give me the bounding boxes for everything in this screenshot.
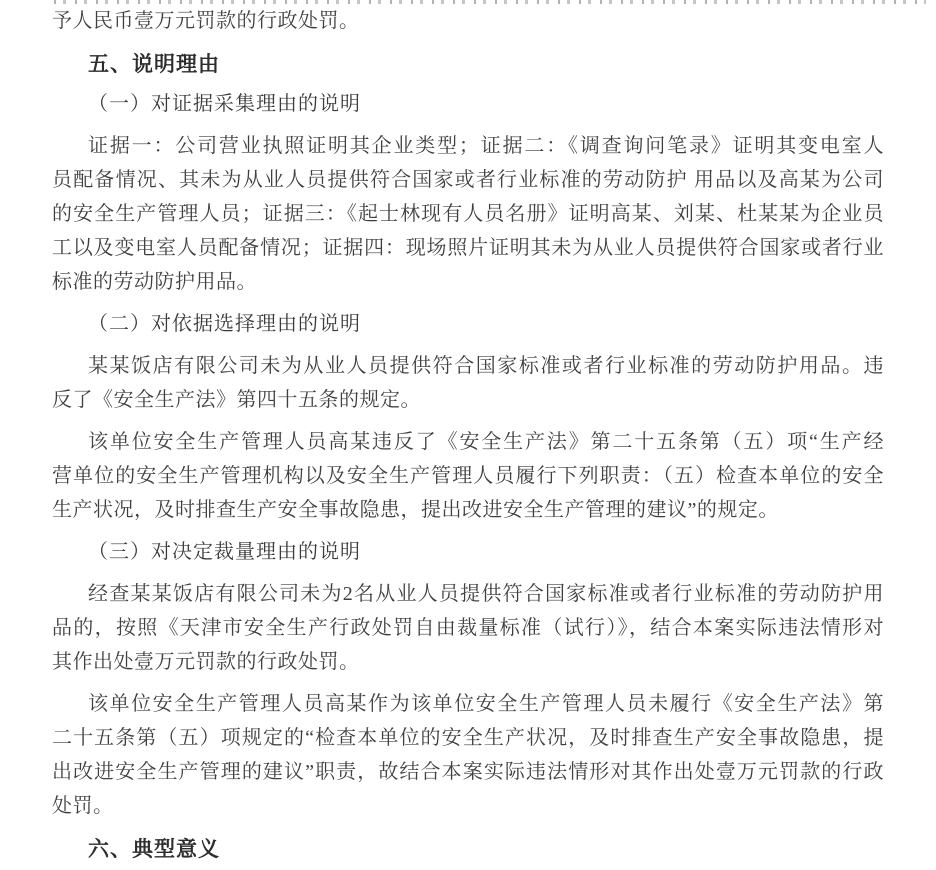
paragraph-line: 出改进安全生产管理的建议”职责，故结合本案实际违法情形对其作出处壹万元罚款的行政 — [52, 755, 884, 789]
document-page: 予人民币壹万元罚款的行政处罚。 五、说明理由 （一）对证据采集理由的说明 证据一… — [0, 0, 936, 870]
paragraph: 经查某某饭店有限公司未为2名从业人员提供符合国家标准或者行业标准的劳动防护用 品… — [52, 577, 884, 679]
paragraph-line: 标准的劳动防护用品。 — [52, 265, 884, 299]
paragraph-line: 员配备情况、其未为从业人员提供符合国家或者行业标准的劳动防护 用品以及高某为公司 — [52, 163, 884, 197]
paragraph-line: 反了《安全生产法》第四十五条的规定。 — [52, 383, 884, 417]
subsection-heading-3: （三）对决定裁量理由的说明 — [52, 535, 884, 569]
paragraph-line: 证据一：公司营业执照证明其企业类型；证据二：《调查询问笔录》证明其变电室人 — [52, 129, 884, 163]
paragraph-line: 某某饭店有限公司未为从业人员提供符合国家标准或者行业标准的劳动防护用品。违 — [52, 349, 884, 383]
section-heading-6: 六、典型意义 — [52, 833, 884, 867]
paragraph-line: 予人民币壹万元罚款的行政处罚。 — [52, 4, 884, 38]
paragraph-line: 其作出处壹万元罚款的行政处罚。 — [52, 645, 884, 679]
paragraph-line: 该单位安全生产管理人员高某作为该单位安全生产管理人员未履行《安全生产法》第 — [52, 687, 884, 721]
paragraph-line: 品的，按照《天津市安全生产行政处罚自由裁量标准（试行）》，结合本案实际违法情形对 — [52, 611, 884, 645]
clipped-previous-line — [54, 0, 926, 4]
paragraph-line: 该单位安全生产管理人员高某违反了《安全生产法》第二十五条第（五）项“生产经 — [52, 425, 884, 459]
paragraph: 证据一：公司营业执照证明其企业类型；证据二：《调查询问笔录》证明其变电室人 员配… — [52, 129, 884, 299]
paragraph: 某某饭店有限公司未为从业人员提供符合国家标准或者行业标准的劳动防护用品。违 反了… — [52, 349, 884, 417]
paragraph-line: 工以及变电室人员配备情况；证据四：现场照片证明其未为从业人员提供符合国家或者行业 — [52, 231, 884, 265]
subsection-heading-2: （二）对依据选择理由的说明 — [52, 307, 884, 341]
paragraph-line: 的安全生产管理人员；证据三：《起士林现有人员名册》证明高某、刘某、杜某某为企业员 — [52, 197, 884, 231]
paragraph-line: 营单位的安全生产管理机构以及安全生产管理人员履行下列职责：（五）检查本单位的安全 — [52, 459, 884, 493]
paragraph-line: 二十五条第（五）项规定的“检查本单位的安全生产状况，及时排查生产安全事故隐患，提 — [52, 721, 884, 755]
paragraph: 该单位安全生产管理人员高某作为该单位安全生产管理人员未履行《安全生产法》第 二十… — [52, 687, 884, 823]
paragraph-line: 经查某某饭店有限公司未为2名从业人员提供符合国家标准或者行业标准的劳动防护用 — [52, 577, 884, 611]
paragraph: 该单位安全生产管理人员高某违反了《安全生产法》第二十五条第（五）项“生产经 营单… — [52, 425, 884, 527]
section-heading-5: 五、说明理由 — [52, 48, 884, 82]
paragraph-line: 处罚。 — [52, 789, 884, 823]
paragraph: 予人民币壹万元罚款的行政处罚。 — [52, 4, 884, 38]
paragraph-line: 生产状况，及时排查生产安全事故隐患，提出改进安全生产管理的建议”的规定。 — [52, 493, 884, 527]
subsection-heading-1: （一）对证据采集理由的说明 — [52, 87, 884, 121]
